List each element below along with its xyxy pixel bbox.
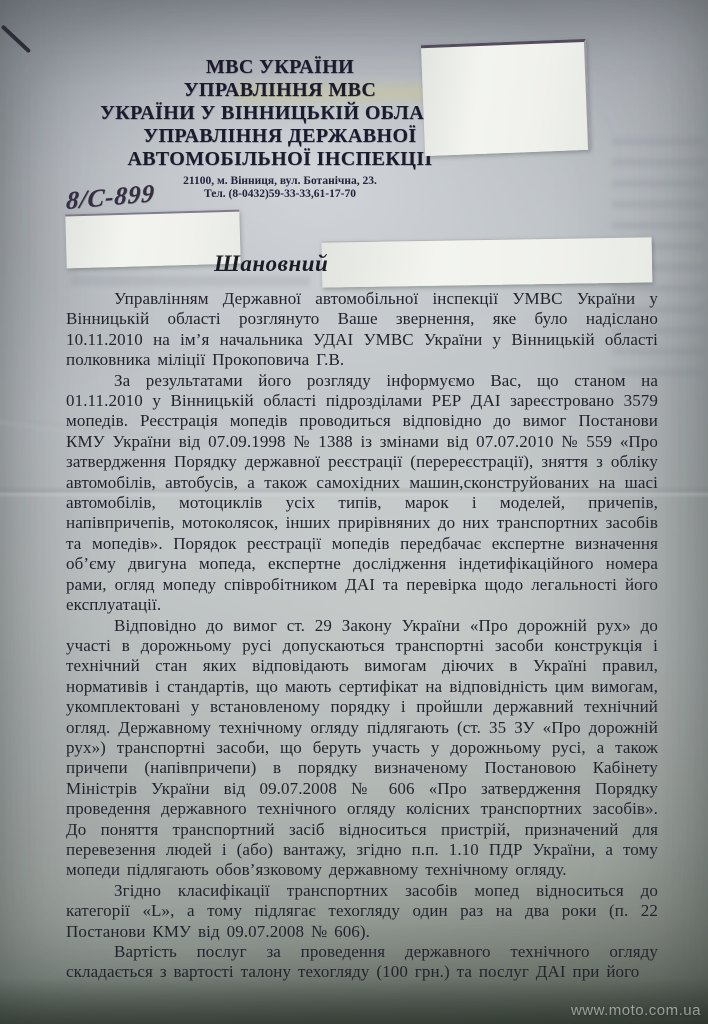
salutation: Шановний <box>214 251 328 277</box>
redaction-sticker-addressee-name <box>322 236 653 287</box>
paragraph: Управлінням Державної автомобільної інсп… <box>66 289 658 371</box>
paragraph: За результатами його розгляду інформуємо… <box>66 371 658 616</box>
redaction-sticker-top-right <box>421 39 590 156</box>
pen-mark <box>1 25 32 54</box>
paragraph: Вартість послуг за проведення державного… <box>66 942 658 983</box>
letter-body: Управлінням Державної автомобільної інсп… <box>66 289 658 983</box>
paragraph: Згідно класифікації транспортних засобів… <box>66 881 658 942</box>
reverse-side-bleedthrough <box>70 276 310 286</box>
watermark: www.moto.com.ua <box>571 1002 701 1019</box>
document-photo: МВС УКРАЇНИ УПРАВЛІННЯ МВС УКРАЇНИ У ВІН… <box>0 0 708 1024</box>
paragraph: Відповідно до вимог ст. 29 Закону Україн… <box>66 616 658 881</box>
